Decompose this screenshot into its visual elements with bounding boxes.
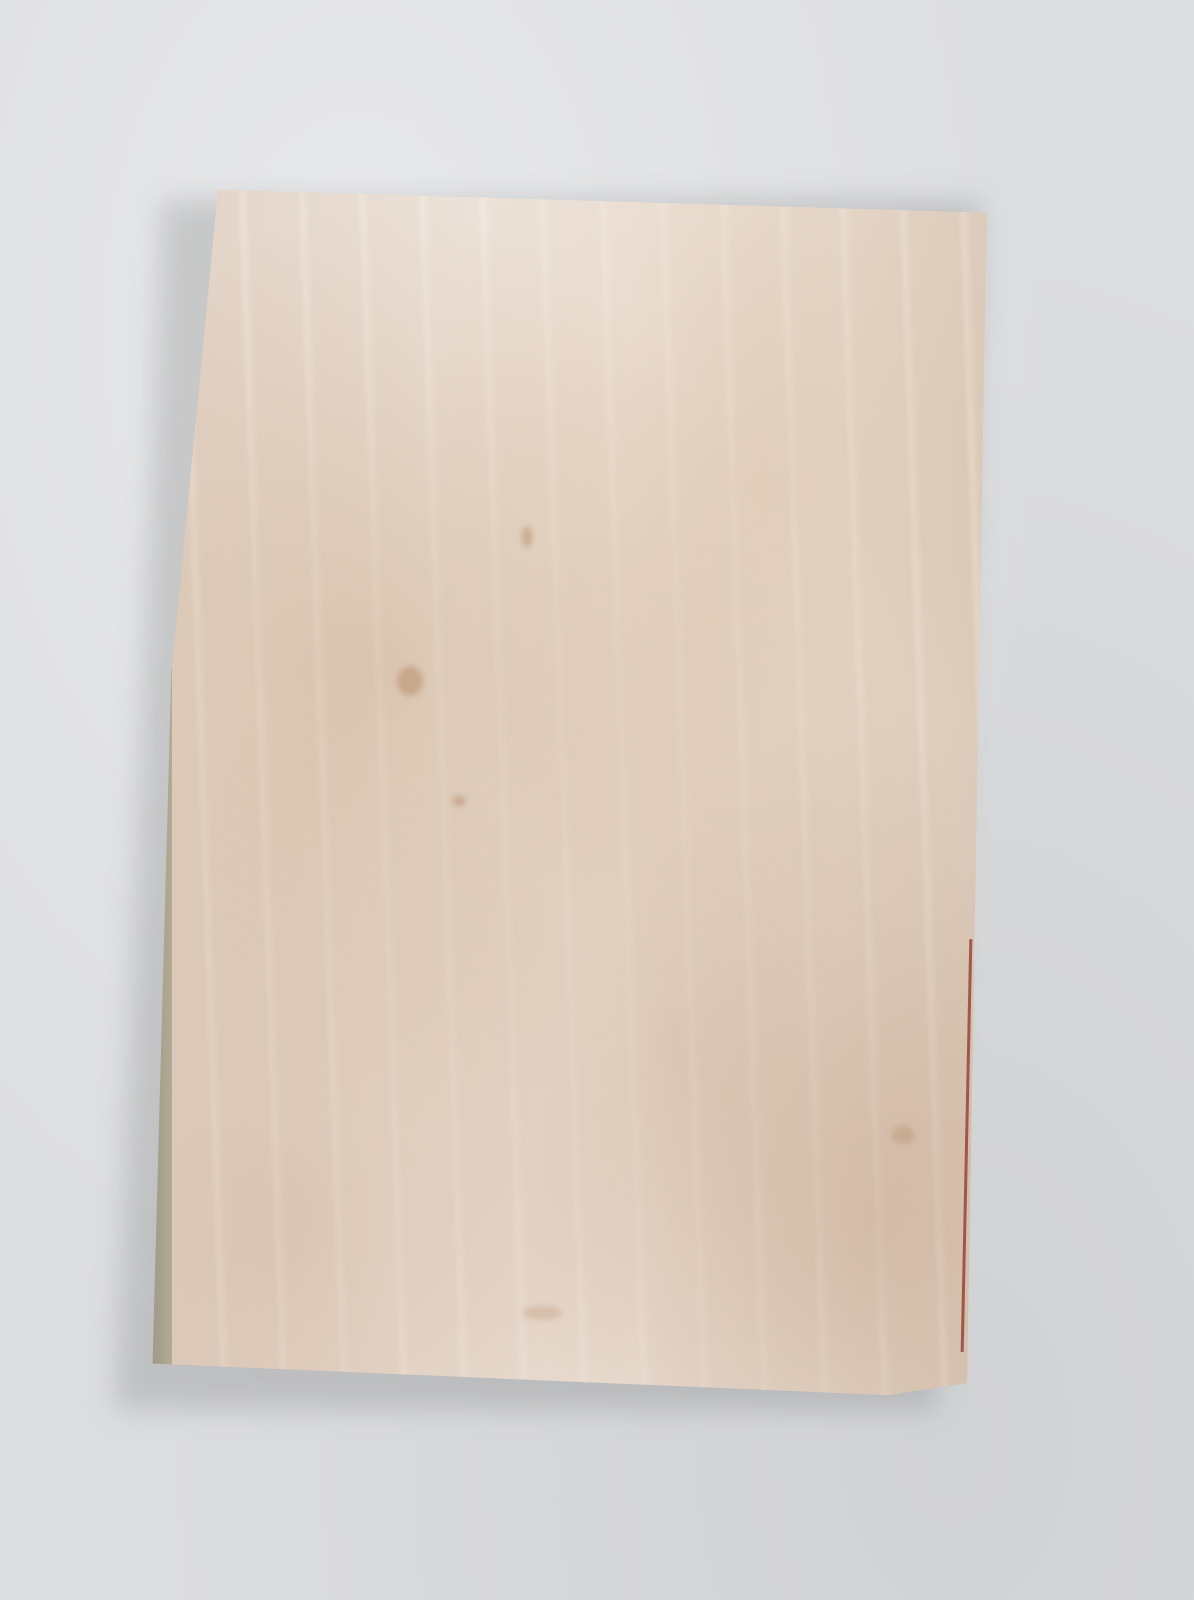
booklet-cover: [172, 186, 1002, 1400]
stain-spot: [892, 1126, 914, 1144]
stain-spot: [522, 526, 532, 548]
booklet: [150, 186, 1002, 1400]
stain-spot: [452, 796, 466, 806]
stain-spot: [397, 666, 423, 696]
stain-spot: [522, 1306, 562, 1320]
